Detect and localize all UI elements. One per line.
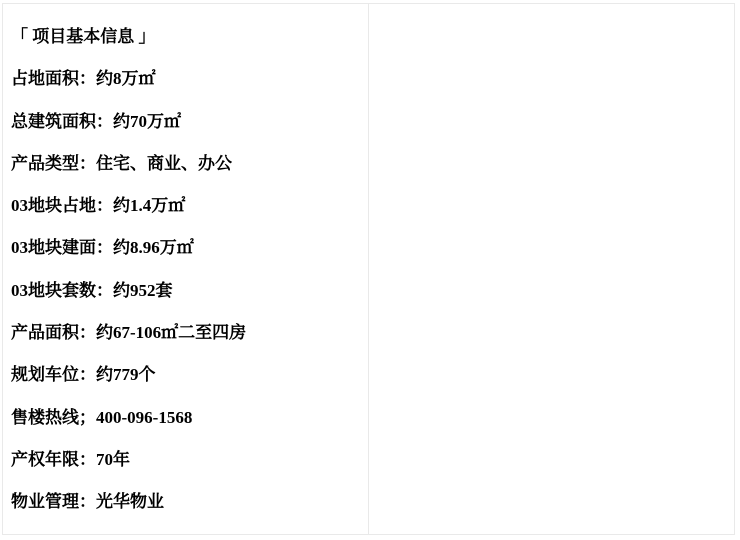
info-separator: ：: [79, 450, 96, 469]
info-row: 占地面积：约8万㎡: [11, 58, 362, 100]
info-label: 03地块建面: [11, 238, 96, 257]
info-label: 产品面积: [11, 323, 79, 342]
info-separator: ：: [79, 492, 96, 511]
info-row: 物业管理：光华物业: [11, 481, 362, 523]
info-rows: 占地面积：约8万㎡ 总建筑面积：约70万㎡ 产品类型：住宅、商业、办公 03地块…: [11, 58, 362, 523]
info-separator: ：: [96, 238, 113, 257]
info-label: 产权年限: [11, 450, 79, 469]
info-value: 约8万㎡: [96, 69, 156, 88]
info-separator: ：: [79, 154, 96, 173]
info-row: 产权年限：70年: [11, 439, 362, 481]
info-value: 光华物业: [96, 492, 164, 511]
project-info-table: 「 项目基本信息 」 占地面积：约8万㎡ 总建筑面积：约70万㎡ 产品类型：住宅…: [2, 3, 735, 535]
info-separator: ：: [96, 112, 113, 131]
info-value: 70年: [96, 450, 130, 469]
info-value: 约8.96万㎡: [113, 238, 194, 257]
info-row: 03地块套数：约952套: [11, 270, 362, 312]
info-label: 规划车位: [11, 365, 79, 384]
info-row: 产品面积：约67-106㎡二至四房: [11, 312, 362, 354]
info-value: 约779个: [96, 365, 156, 384]
info-label: 03地块占地: [11, 196, 96, 215]
info-value: 约1.4万㎡: [113, 196, 185, 215]
section-title: 「 项目基本信息 」: [11, 16, 362, 58]
info-label: 售楼热线: [11, 408, 79, 427]
info-label: 总建筑面积: [11, 112, 96, 131]
info-value: 约67-106㎡二至四房: [96, 323, 246, 342]
info-separator: ：: [96, 196, 113, 215]
info-separator: ：: [96, 281, 113, 300]
info-label: 产品类型: [11, 154, 79, 173]
info-label: 物业管理: [11, 492, 79, 511]
info-separator: ：: [79, 323, 96, 342]
info-value: 约70万㎡: [113, 112, 181, 131]
info-value: 住宅、商业、办公: [96, 154, 232, 173]
info-column: 「 项目基本信息 」 占地面积：约8万㎡ 总建筑面积：约70万㎡ 产品类型：住宅…: [3, 4, 369, 534]
info-label: 占地面积: [11, 69, 79, 88]
info-row: 03地块建面：约8.96万㎡: [11, 227, 362, 269]
info-row: 总建筑面积：约70万㎡: [11, 101, 362, 143]
info-row: 售楼热线；400-096-1568: [11, 397, 362, 439]
info-separator: ；: [79, 408, 96, 427]
info-value: 约952套: [113, 281, 173, 300]
info-separator: ：: [79, 69, 96, 88]
info-row: 03地块占地：约1.4万㎡: [11, 185, 362, 227]
info-row: 产品类型：住宅、商业、办公: [11, 143, 362, 185]
info-value: 400-096-1568: [96, 408, 192, 427]
empty-column: [369, 4, 734, 534]
info-separator: ：: [79, 365, 96, 384]
info-label: 03地块套数: [11, 281, 96, 300]
info-row: 规划车位：约779个: [11, 354, 362, 396]
